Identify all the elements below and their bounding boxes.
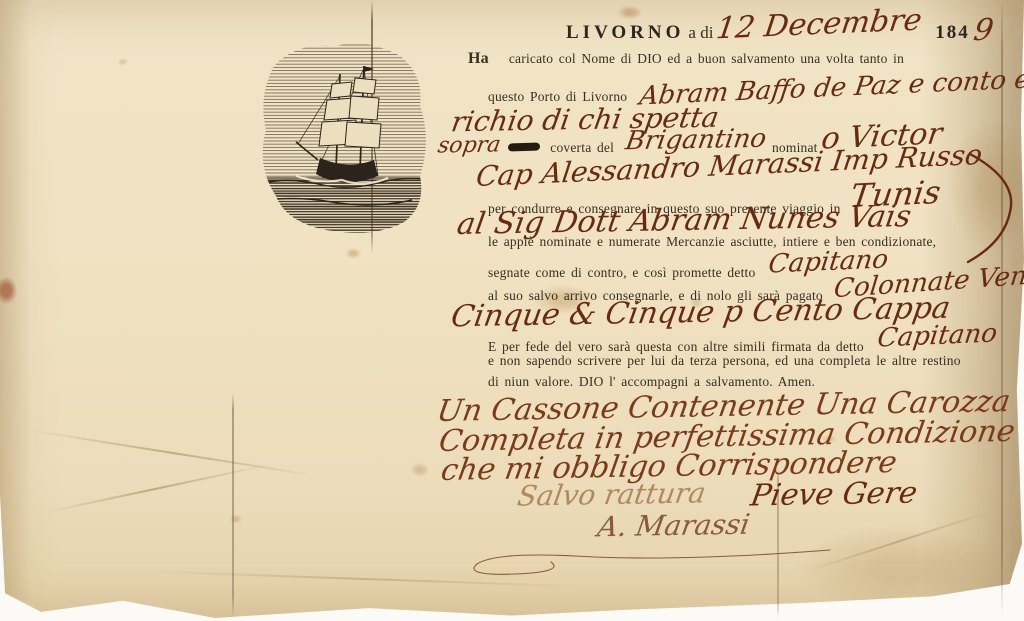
printed-promise: segnate come di contro, e così promette … xyxy=(488,265,755,280)
handwritten-date: 12 Decembre xyxy=(715,6,924,45)
handwritten-salvo-rattura: Salvo rattura xyxy=(516,479,708,510)
fold-line-bottom-left xyxy=(232,392,234,618)
handwritten-clause: Salvo rattura Pieve Gere xyxy=(518,480,917,510)
handwritten-consignee: al Sig Dott Abram Nunes Vais xyxy=(458,206,910,236)
handwritten-year-digit: 9 xyxy=(971,16,995,46)
signature: A. Marassi xyxy=(598,512,749,540)
handwritten-freight-amount-2: Cinque & Cinque p Cento Cappa xyxy=(452,298,949,328)
inked-out-word xyxy=(508,143,540,152)
date-prefix: a di xyxy=(688,23,713,42)
header-dateline: LIVORNO a di 12 Decembre 184 9 xyxy=(566,14,993,44)
ship-engraving-illustration xyxy=(252,34,438,246)
line-port-and-shipper: questo Porto di Livorno Abram Baffo de P… xyxy=(488,80,1024,106)
year-printed: 184 xyxy=(935,22,970,43)
handwritten-capitano-2: Capitano xyxy=(876,320,999,351)
printed-line-opening: Ha caricato col Nome di DIO ed a buon sa… xyxy=(468,50,904,68)
scanned-document: LIVORNO a di 12 Decembre 184 9 Ha carica… xyxy=(0,0,1024,621)
place-name: LIVORNO xyxy=(566,22,684,43)
printed-line-third-person: e non sapendo scrivere per lui da terza … xyxy=(488,352,961,370)
opening-initial: Ha xyxy=(468,50,489,67)
handwritten-clause-dark: Pieve Gere xyxy=(748,479,919,512)
